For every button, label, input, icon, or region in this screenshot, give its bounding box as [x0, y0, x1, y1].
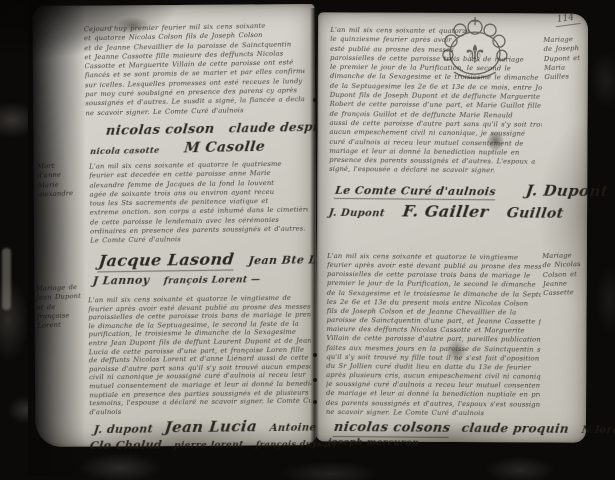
record-marriage-colson-cassette: L'an mil six cens soixante et quatorze l… [326, 252, 615, 450]
record-lines: L'an mil six cens soixante et quatorze l… [326, 252, 541, 418]
signature-joseph-mercuron: joseph mercuron [327, 438, 420, 449]
signature-j-dupont-2: J. Dupont [328, 208, 385, 219]
signature-j-dupont: J. dupont [93, 423, 154, 437]
handwritten-line: Le Comte Curé d'aulnois [90, 234, 308, 246]
signature-row: joseph mercuron [328, 438, 615, 450]
handwritten-line: Jean Dupont [36, 292, 81, 303]
underlying-page-edge [2, 248, 11, 310]
signature-j-dupont: J. Dupont [525, 181, 610, 200]
signature-row: nicolas colsons claude proquin N lorent [334, 420, 615, 439]
signature-le-comte-cure: Le Comte Curé d'aulnois [334, 184, 497, 200]
record-burial-anne-marie-alexandre: L'an mil six cens soixante et quatorze l… [89, 159, 355, 287]
margin-note-marriage-dupont-lorent: Mariage deJean Dupontet defrançoiseLoren… [36, 283, 83, 331]
signature-jacque-lasond: Jacque Lasond [97, 249, 235, 272]
signature-pierre-lorent: pierre lorent [173, 441, 244, 452]
signature-clo-cholud: Clo Cholud [89, 439, 162, 453]
signature-f-gailler: F. Gailler [402, 201, 490, 221]
handwritten-line: ne scavoir signer. Le Comte Curé d'aulno… [326, 408, 540, 419]
handwritten-line: Lorent [37, 320, 82, 331]
record-lines: L'an mil six cens soixante et quatorze l… [89, 159, 308, 246]
signature-guillot: Guillot [505, 205, 564, 221]
signature-francois-lorent: françois Lorent — [163, 275, 261, 286]
right-page: 114 ⚜ Mariagede JosephDupont etMariaGuil… [316, 12, 588, 442]
left-page: Cejourd'huy premier feurier mil six cens… [32, 4, 317, 447]
record-lines: Cejourd'huy premier feurier mil six cens… [84, 21, 306, 118]
signature-claude-proquin: claude proquin [461, 421, 570, 436]
signature-j-lannoy: J Lannoy [92, 273, 150, 287]
record-lines: L'an mil six cens soixante et quatorzele… [329, 26, 542, 177]
record-lines: L'an mil six cens soixante et quatorze l… [88, 294, 311, 417]
record-marriage-dupont-lorent: L'an mil six cens soixante et quatorze l… [88, 293, 353, 453]
margin-note-death-anne-marie-alexandre: Mortd'anneMariealexandre [37, 161, 74, 200]
signature-row: Clo Cholud pierre lorent françois duysar… [90, 436, 353, 452]
signature-row: J. dupont Jean Lucia Antoine Lucia [94, 416, 353, 437]
handwritten-line: signé, l'espousée a déclaré ne scavoir s… [329, 165, 541, 176]
signature-nicola-casotte: nicola casotte [90, 145, 161, 156]
handwritten-line: alexandre [38, 189, 73, 200]
folio-number: 114 [554, 12, 581, 27]
signature-n-lorent: N lorent [581, 425, 615, 436]
signature-row: Le Comte Curé d'aulnois J. Dupont [335, 180, 608, 201]
signature-row: J. Dupont F. Gailler Guillot [329, 201, 608, 222]
record-marriage-dupont-guillot: L'an mil six cens soixante et quatorzele… [329, 26, 610, 222]
signature-jean-lucia: Jean Lucia [164, 418, 258, 437]
register-scan-photo: Cejourd'huy premier feurier mil six cens… [0, 0, 615, 480]
signature-nicolas-colson: nicolas colson [105, 122, 215, 139]
signature-row: J Lannoy françois Lorent — [93, 270, 355, 287]
signature-m-casolle: M Casolle [183, 139, 266, 157]
signature-nicolas-colsons: nicolas colsons [333, 420, 452, 438]
